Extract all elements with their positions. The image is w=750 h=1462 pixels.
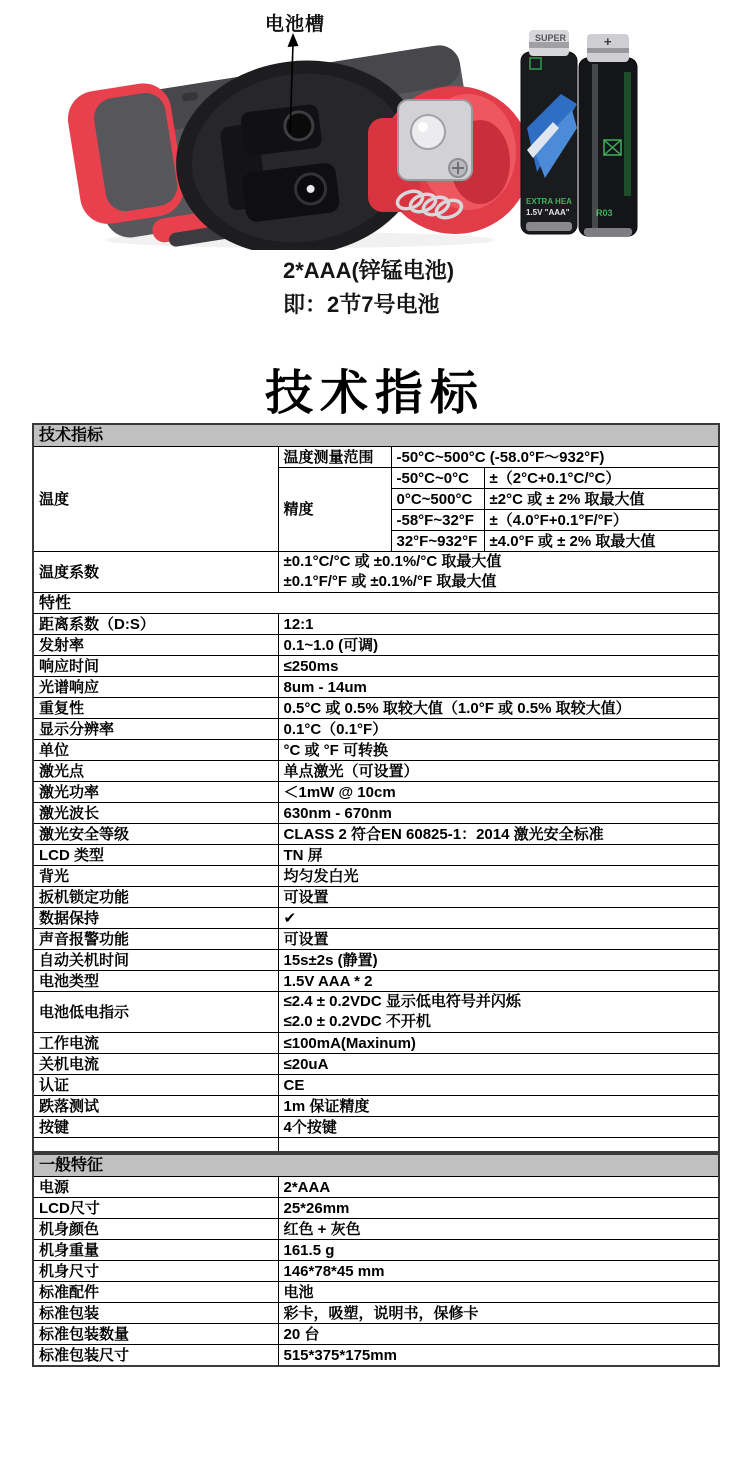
features-section-label: 特性 bbox=[33, 593, 719, 614]
table-row: 机身颜色红色 + 灰色 bbox=[33, 1219, 719, 1240]
table-row: 激光波长630nm - 670nm bbox=[33, 803, 719, 824]
accuracy-value: ±（4.0°F+0.1°F/°F） bbox=[484, 510, 719, 531]
temp-coeff-row: 温度系数 ±0.1°C/°C 或 ±0.1%/°C 取最大值 ±0.1°F/°F… bbox=[33, 552, 719, 593]
spec-table-header-row: 技术指标 bbox=[33, 424, 719, 447]
accuracy-value: ±2°C 或 ± 2% 取最大值 bbox=[484, 489, 719, 510]
table-row: 声音报警功能可设置 bbox=[33, 929, 719, 950]
table-row: 激光安全等级CLASS 2 符合EN 60825-1：2014 激光安全标准 bbox=[33, 824, 719, 845]
table-row: 距离系数（D:S）12:1 bbox=[33, 614, 719, 635]
temp-coeff-value: ±0.1°C/°C 或 ±0.1%/°C 取最大值 ±0.1°F/°F 或 ±0… bbox=[278, 552, 719, 593]
row-value: TN 屏 bbox=[278, 845, 719, 866]
table-row: 激光功率＜1mW @ 10cm bbox=[33, 782, 719, 803]
battery-type-text1: EXTRA HEA bbox=[526, 197, 572, 206]
table-row: 跌落测试1m 保证精度 bbox=[33, 1096, 719, 1117]
table-row: LCD 类型TN 屏 bbox=[33, 845, 719, 866]
row-value: 单点激光（可设置） bbox=[278, 761, 719, 782]
row-value: 0.1°C（0.1°F） bbox=[278, 719, 719, 740]
aaa-batteries: SUPER EXTRA HEA 1.5V "AAA" + R03 bbox=[521, 30, 637, 236]
table-row: 关机电流≤20uA bbox=[33, 1054, 719, 1075]
row-label: 距离系数（D:S） bbox=[33, 614, 278, 635]
table-row: 标准配件电池 bbox=[33, 1282, 719, 1303]
spec-table-header: 技术指标 bbox=[33, 424, 719, 447]
row-value: 146*78*45 mm bbox=[278, 1261, 719, 1282]
battery-contact-top bbox=[283, 110, 314, 141]
temp-coeff-line1: ±0.1°C/°C 或 ±0.1%/°C 取最大值 bbox=[284, 552, 714, 572]
row-label: 电池类型 bbox=[33, 971, 278, 992]
table-row: 响应时间≤250ms bbox=[33, 656, 719, 677]
page-title: 技术指标 bbox=[0, 354, 750, 423]
temp-range-label: 温度测量范围 bbox=[278, 447, 391, 468]
accuracy-range: 0°C~500°C bbox=[391, 489, 484, 510]
row-value: 可设置 bbox=[278, 887, 719, 908]
row-value: 可设置 bbox=[278, 929, 719, 950]
table-row: LCD尺寸25*26mm bbox=[33, 1198, 719, 1219]
table-row: 标准包装尺寸515*375*175mm bbox=[33, 1345, 719, 1367]
table-row: 背光均匀发白光 bbox=[33, 866, 719, 887]
row-label: 标准包装 bbox=[33, 1303, 278, 1324]
temp-range-value: -50°C~500°C (-58.0°F～932°F) bbox=[391, 447, 719, 468]
general-table: 一般特征 电源2*AAALCD尺寸25*26mm机身颜色红色 + 灰色机身重量1… bbox=[32, 1153, 720, 1367]
table-row: 电源2*AAA bbox=[33, 1177, 719, 1198]
battery-slot-label: 电池槽 bbox=[265, 9, 325, 36]
row-label: 机身尺寸 bbox=[33, 1261, 278, 1282]
row-value: 12:1 bbox=[278, 614, 719, 635]
row-label: 单位 bbox=[33, 740, 278, 761]
row-value: 1.5V AAA * 2 bbox=[278, 971, 719, 992]
row-value: 15s±2s (静置) bbox=[278, 950, 719, 971]
row-label: LCD 类型 bbox=[33, 845, 278, 866]
row-value: 630nm - 670nm bbox=[278, 803, 719, 824]
table-row: 标准包装彩卡，吸塑，说明书，保修卡 bbox=[33, 1303, 719, 1324]
row-value: 1m 保证精度 bbox=[278, 1096, 719, 1117]
accuracy-range: 32°F~932°F bbox=[391, 531, 484, 552]
table-row: 激光点单点激光（可设置） bbox=[33, 761, 719, 782]
row-label: 认证 bbox=[33, 1075, 278, 1096]
table-row: 发射率0.1~1.0 (可调) bbox=[33, 635, 719, 656]
row-label: 重复性 bbox=[33, 698, 278, 719]
table-row: 单位°C 或 °F 可转换 bbox=[33, 740, 719, 761]
row-value: CLASS 2 符合EN 60825-1：2014 激光安全标准 bbox=[278, 824, 719, 845]
row-label: 按键 bbox=[33, 1117, 278, 1138]
row-value: 红色 + 灰色 bbox=[278, 1219, 719, 1240]
battery-caption: 2*AAA(锌锰电池) 即：2节7号电池 bbox=[283, 254, 750, 322]
red-grip bbox=[64, 79, 188, 228]
row-label: 激光波长 bbox=[33, 803, 278, 824]
row-value: 0.5°C 或 0.5% 取较大值（1.0°F 或 0.5% 取较大值） bbox=[278, 698, 719, 719]
accuracy-value: ±4.0°F 或 ± 2% 取最大值 bbox=[484, 531, 719, 552]
row-value: ≤20uA bbox=[278, 1054, 719, 1075]
row-label: 显示分辨率 bbox=[33, 719, 278, 740]
spec-table: 技术指标 温度 温度测量范围 -50°C~500°C (-58.0°F～932°… bbox=[32, 423, 720, 1153]
row-value: CE bbox=[278, 1075, 719, 1096]
row-label: 激光安全等级 bbox=[33, 824, 278, 845]
product-photo: SUPER EXTRA HEA 1.5V "AAA" + R03 bbox=[0, 0, 750, 250]
row-value: 电池 bbox=[278, 1282, 719, 1303]
row-label: 标准配件 bbox=[33, 1282, 278, 1303]
battery-brand-text: SUPER bbox=[535, 33, 567, 43]
row-label: 发射率 bbox=[33, 635, 278, 656]
row-value: 20 台 bbox=[278, 1324, 719, 1345]
battery-left: SUPER EXTRA HEA 1.5V "AAA" bbox=[521, 30, 577, 234]
empty-row bbox=[33, 1138, 719, 1153]
general-table-header-row: 一般特征 bbox=[33, 1154, 719, 1177]
battery-type-text2: 1.5V "AAA" bbox=[526, 208, 570, 217]
table-row: 机身尺寸146*78*45 mm bbox=[33, 1261, 719, 1282]
row-label: 响应时间 bbox=[33, 656, 278, 677]
row-label: 扳机锁定功能 bbox=[33, 887, 278, 908]
row-value: ＜1mW @ 10cm bbox=[278, 782, 719, 803]
row-label: 电池低电指示 bbox=[33, 992, 278, 1033]
temp-range-row: 温度 温度测量范围 -50°C~500°C (-58.0°F～932°F) bbox=[33, 447, 719, 468]
row-value: 25*26mm bbox=[278, 1198, 719, 1219]
row-label: 标准包装数量 bbox=[33, 1324, 278, 1345]
table-row: 按键4个按键 bbox=[33, 1117, 719, 1138]
row-label: 跌落测试 bbox=[33, 1096, 278, 1117]
battery-right: + R03 bbox=[579, 34, 637, 236]
row-value: ✔ bbox=[278, 908, 719, 929]
row-value-line: ≤2.4 ± 0.2VDC 显示低电符号并闪烁 bbox=[284, 992, 714, 1012]
row-value: 8um - 14um bbox=[278, 677, 719, 698]
general-table-header: 一般特征 bbox=[33, 1154, 719, 1177]
table-row: 光谱响应8um - 14um bbox=[33, 677, 719, 698]
row-label: 声音报警功能 bbox=[33, 929, 278, 950]
accuracy-value: ±（2°C+0.1°C/°C） bbox=[484, 468, 719, 489]
row-value: °C 或 °F 可转换 bbox=[278, 740, 719, 761]
table-row: 数据保持✔ bbox=[33, 908, 719, 929]
row-value: ≤250ms bbox=[278, 656, 719, 677]
features-section-row: 特性 bbox=[33, 593, 719, 614]
accuracy-label: 精度 bbox=[278, 468, 391, 552]
row-label: 机身颜色 bbox=[33, 1219, 278, 1240]
row-value: ≤100mA(Maxinum) bbox=[278, 1033, 719, 1054]
caption-line1: 2*AAA(锌锰电池) bbox=[283, 254, 750, 288]
row-label: 标准包装尺寸 bbox=[33, 1345, 278, 1367]
table-row: 工作电流≤100mA(Maxinum) bbox=[33, 1033, 719, 1054]
accuracy-range: -50°C~0°C bbox=[391, 468, 484, 489]
row-label: 激光功率 bbox=[33, 782, 278, 803]
temp-coeff-line2: ±0.1°F/°F 或 ±0.1%/°F 取最大值 bbox=[284, 572, 714, 592]
table-row: 重复性0.5°C 或 0.5% 取较大值（1.0°F 或 0.5% 取较大值） bbox=[33, 698, 719, 719]
accuracy-range: -58°F~32°F bbox=[391, 510, 484, 531]
table-row: 显示分辨率0.1°C（0.1°F） bbox=[33, 719, 719, 740]
table-row: 自动关机时间15s±2s (静置) bbox=[33, 950, 719, 971]
table-row: 认证CE bbox=[33, 1075, 719, 1096]
row-label: 关机电流 bbox=[33, 1054, 278, 1075]
table-row: 标准包装数量20 台 bbox=[33, 1324, 719, 1345]
row-label: 工作电流 bbox=[33, 1033, 278, 1054]
temp-coeff-label: 温度系数 bbox=[33, 552, 278, 593]
battery-plus-text: + bbox=[604, 34, 612, 49]
door-contact-dome bbox=[411, 115, 445, 149]
battery-code-text: R03 bbox=[596, 208, 613, 218]
table-row: 电池低电指示≤2.4 ± 0.2VDC 显示低电符号并闪烁≤2.0 ± 0.2V… bbox=[33, 992, 719, 1033]
row-value: 4个按键 bbox=[278, 1117, 719, 1138]
row-label: 背光 bbox=[33, 866, 278, 887]
row-value: 2*AAA bbox=[278, 1177, 719, 1198]
caption-line2: 即：2节7号电池 bbox=[283, 288, 750, 322]
table-row: 扳机锁定功能可设置 bbox=[33, 887, 719, 908]
table-row: 电池类型1.5V AAA * 2 bbox=[33, 971, 719, 992]
row-value: 彩卡，吸塑，说明书，保修卡 bbox=[278, 1303, 719, 1324]
row-value-line: ≤2.0 ± 0.2VDC 不开机 bbox=[284, 1012, 714, 1032]
row-value: ≤2.4 ± 0.2VDC 显示低电符号并闪烁≤2.0 ± 0.2VDC 不开机 bbox=[278, 992, 719, 1033]
row-value: 161.5 g bbox=[278, 1240, 719, 1261]
row-label: LCD尺寸 bbox=[33, 1198, 278, 1219]
table-row: 机身重量161.5 g bbox=[33, 1240, 719, 1261]
row-value: 均匀发白光 bbox=[278, 866, 719, 887]
row-label: 数据保持 bbox=[33, 908, 278, 929]
row-label: 自动关机时间 bbox=[33, 950, 278, 971]
row-value: 0.1~1.0 (可调) bbox=[278, 635, 719, 656]
row-label: 激光点 bbox=[33, 761, 278, 782]
row-label: 电源 bbox=[33, 1177, 278, 1198]
temp-group-label: 温度 bbox=[33, 447, 278, 552]
row-label: 光谱响应 bbox=[33, 677, 278, 698]
hero-section: 电池槽 bbox=[0, 0, 750, 322]
row-label: 机身重量 bbox=[33, 1240, 278, 1261]
row-value: 515*375*175mm bbox=[278, 1345, 719, 1367]
